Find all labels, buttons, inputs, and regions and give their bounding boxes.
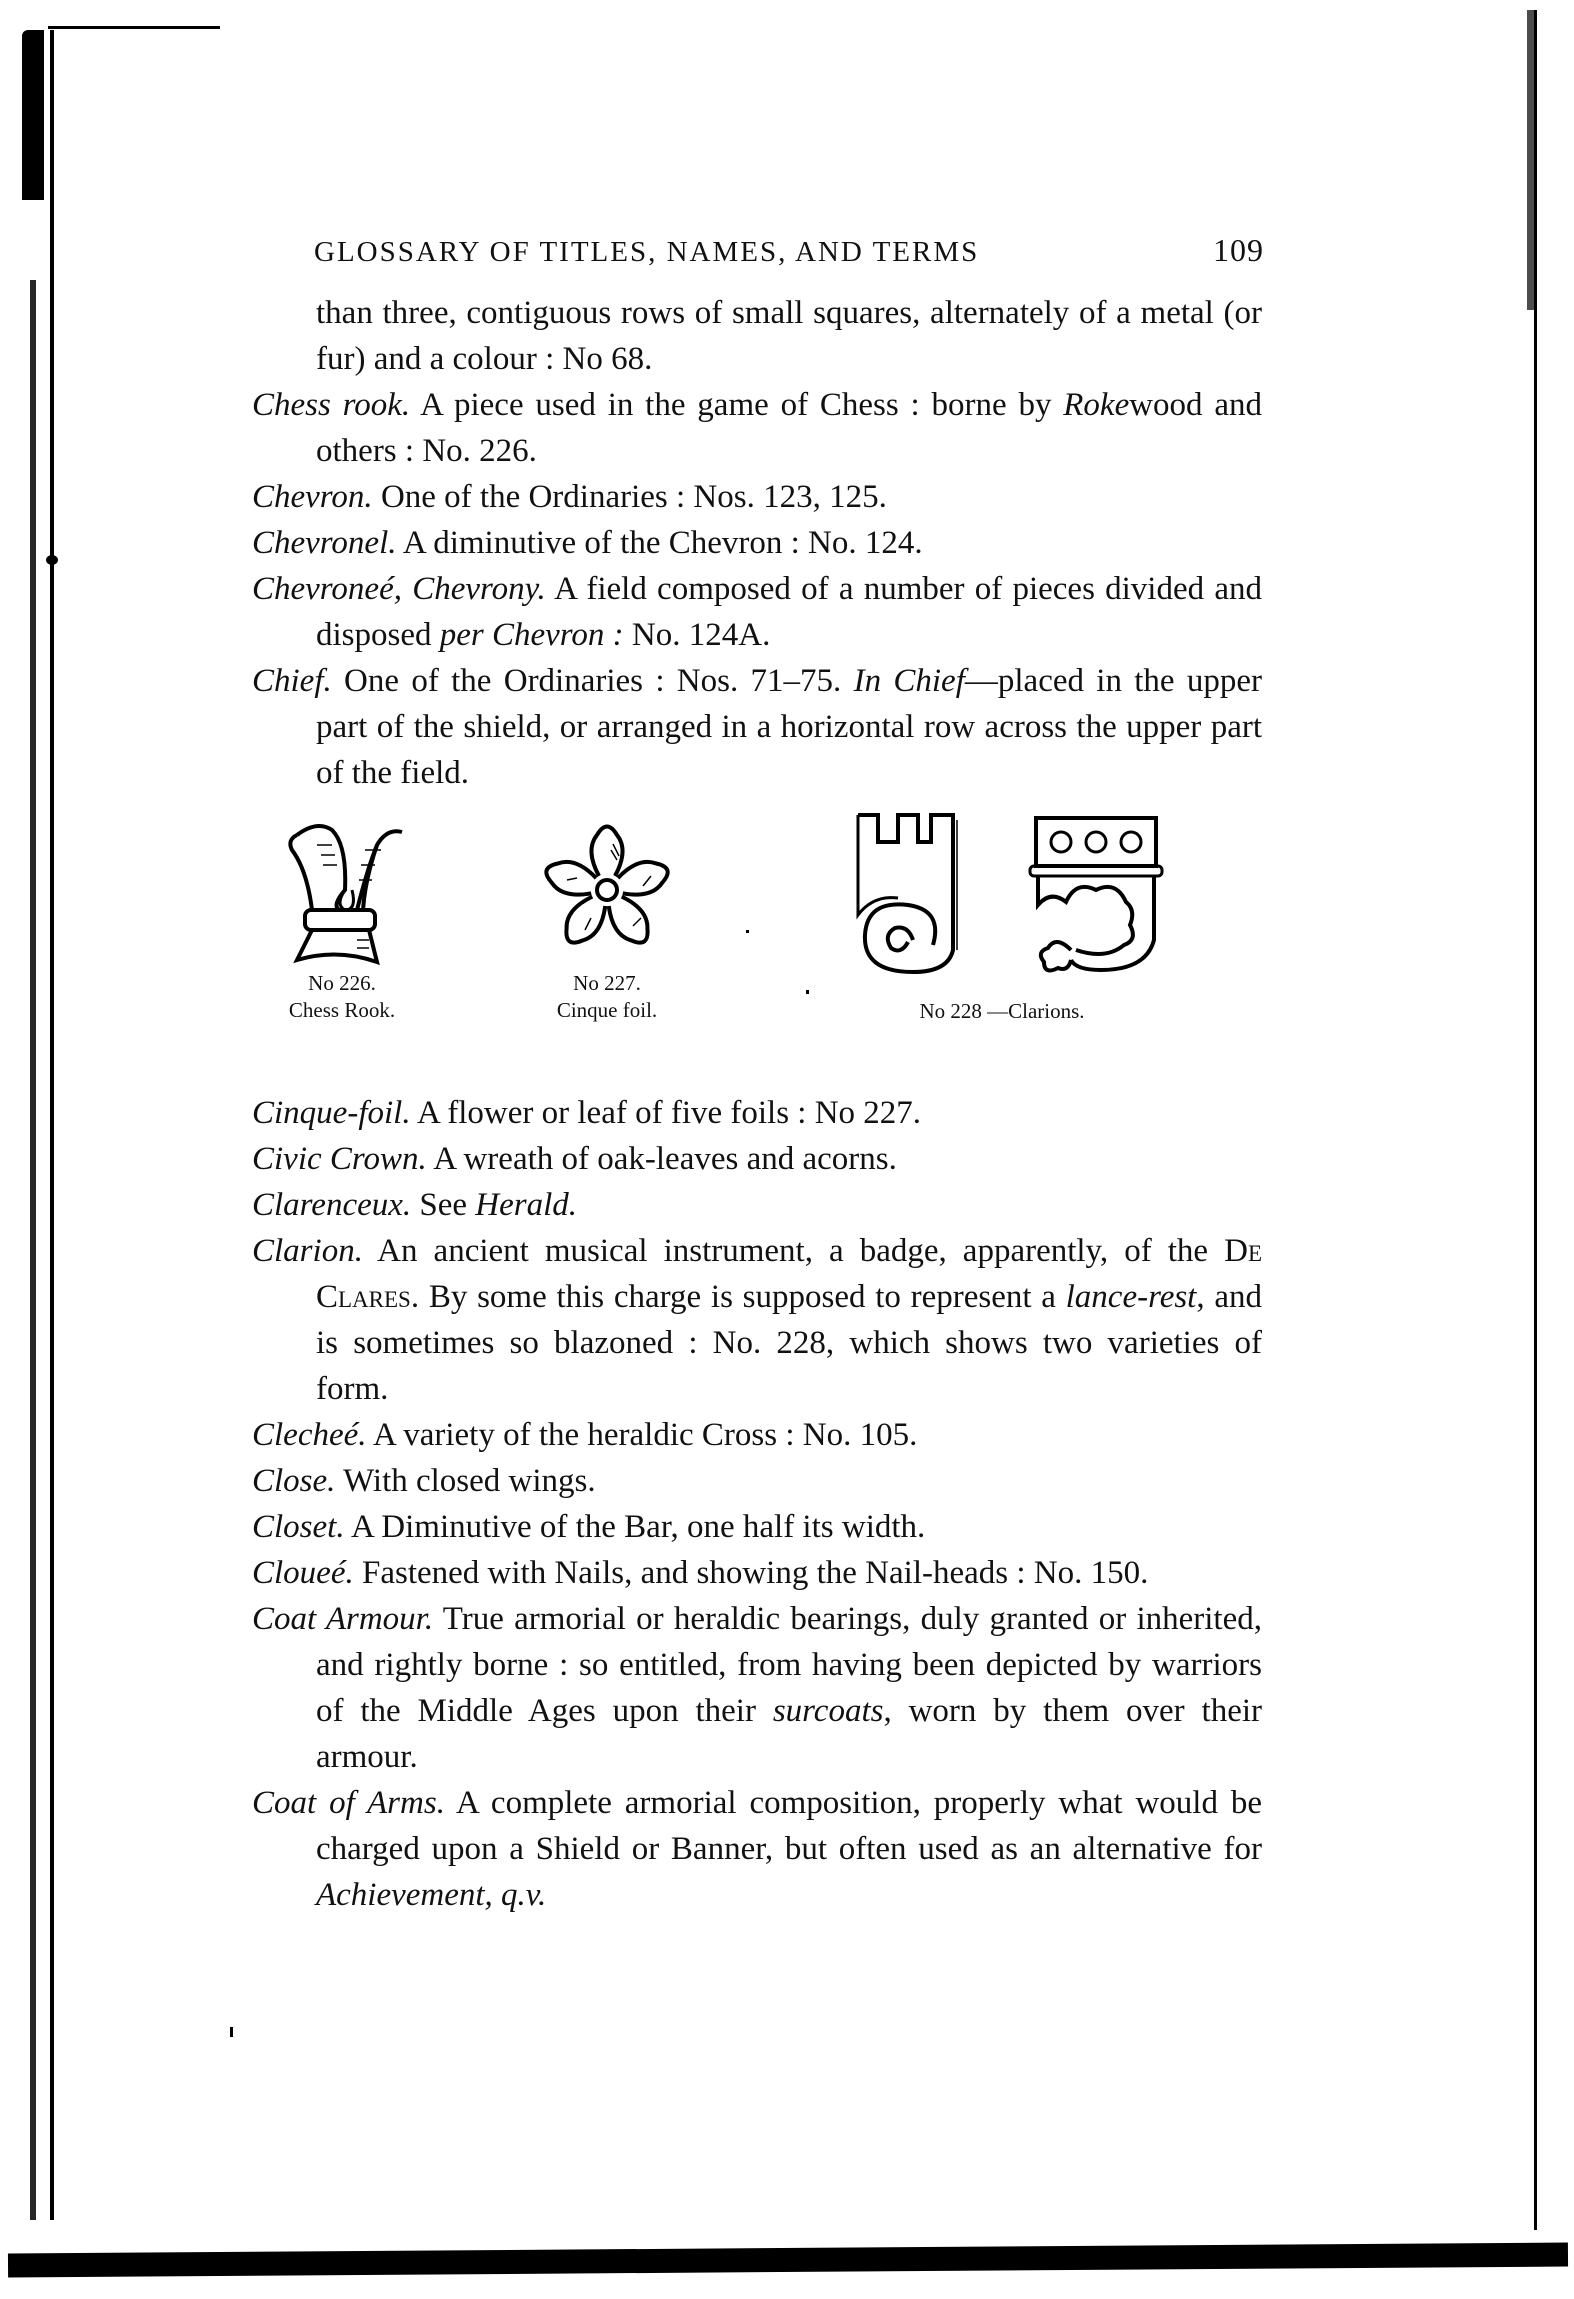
clarion-icon <box>1026 810 1166 980</box>
entry-term: Chevron. <box>252 479 373 515</box>
clarion-pair <box>752 810 1252 980</box>
entry-term: Clarion. <box>252 1233 363 1269</box>
figure-226: No 226. Chess Rook. <box>252 810 432 1024</box>
glossary-entry-chevronee: Chevroneé, Chevrony. A field composed of… <box>252 566 1262 658</box>
scan-speck <box>230 2027 233 2037</box>
glossary-entry-chess-rook: Chess rook. A piece used in the game of … <box>252 382 1262 474</box>
glossary-entry-clouee: Cloueé. Fastened with Nails, and showing… <box>252 1550 1262 1596</box>
entry-term: Cloueé. <box>252 1555 354 1591</box>
glossary-entry-closet: Closet. A Diminutive of the Bar, one hal… <box>252 1504 1262 1550</box>
scan-edge-bottom <box>8 2243 1568 2278</box>
figure-caption: Cinque foil. <box>512 997 702 1024</box>
scan-edge-left <box>50 30 54 2220</box>
glossary-entry-coat-of-arms: Coat of Arms. A complete armorial compos… <box>252 1780 1262 1918</box>
figure-caption: Chess Rook. <box>252 997 432 1024</box>
figure-number: No 227. <box>512 970 702 997</box>
figure-number: No 226. <box>252 970 432 997</box>
entry-term: Coat Armour. <box>252 1601 433 1637</box>
figure-row: No 226. Chess Rook. No 227. Cinque foil. <box>252 810 1262 1070</box>
entry-term: Chevronel. <box>252 525 397 561</box>
scan-edge-left-outer <box>30 280 36 2220</box>
scan-edge-left-spine <box>22 30 44 200</box>
scan-edge-right <box>1534 10 1537 2230</box>
entry-term: Civic Crown. <box>252 1141 427 1177</box>
glossary-entry-chevronel: Chevronel. A diminutive of the Chevron :… <box>252 520 1262 566</box>
entry-term: Chief. <box>252 663 332 699</box>
scan-edge-top <box>48 26 220 29</box>
glossary-entry-chief: Chief. One of the Ordinaries : Nos. 71–7… <box>252 658 1262 796</box>
running-head: GLOSSARY OF TITLES, NAMES, AND TERMS 109 <box>314 232 1264 269</box>
entry-term: Cinque-foil. <box>252 1095 411 1131</box>
running-head-title: GLOSSARY OF TITLES, NAMES, AND TERMS <box>314 236 979 269</box>
figure-228: No 228 —Clarions. <box>752 810 1252 1025</box>
entry-term: Coat of Arms. <box>252 1785 445 1821</box>
glossary-entry-chevron: Chevron. One of the Ordinaries : Nos. 12… <box>252 474 1262 520</box>
clarion-icon <box>853 810 963 980</box>
glossary-text-upper: than three, contiguous rows of small squ… <box>252 290 1262 796</box>
glossary-entry-coat-armour: Coat Armour. True armorial or heraldic b… <box>252 1596 1262 1780</box>
entry-term: Clarenceux. <box>252 1187 411 1223</box>
entry-term: Clecheé. <box>252 1417 367 1453</box>
glossary-entry-clarenceux: Clarenceux. See Herald. <box>252 1182 1262 1228</box>
entry-term: Chevroneé, Chevrony. <box>252 571 546 607</box>
glossary-entry-cinque-foil: Cinque-foil. A flower or leaf of five fo… <box>252 1090 1262 1136</box>
entry-term: Close. <box>252 1463 335 1499</box>
page-number: 109 <box>1213 232 1264 269</box>
glossary-entry-clarion: Clarion. An ancient musical instrument, … <box>252 1228 1262 1412</box>
figure-227: No 227. Cinque foil. <box>512 810 702 1024</box>
glossary-entry-civic-crown: Civic Crown. A wreath of oak-leaves and … <box>252 1136 1262 1182</box>
scan-speck <box>46 555 58 565</box>
glossary-entry-continuation: than three, contiguous rows of small squ… <box>252 290 1262 382</box>
entry-term: Closet. <box>252 1509 345 1545</box>
scan-edge-right-ragged <box>1527 10 1534 310</box>
figure-caption: No 228 —Clarions. <box>752 998 1252 1025</box>
entry-term: Chess rook. <box>252 387 410 423</box>
glossary-entry-close: Close. With closed wings. <box>252 1458 1262 1504</box>
glossary-entry-clechee: Clecheé. A variety of the heraldic Cross… <box>252 1412 1262 1458</box>
glossary-text-lower: Cinque-foil. A flower or leaf of five fo… <box>252 1090 1262 1918</box>
chess-rook-icon <box>277 810 407 970</box>
cinquefoil-icon <box>532 810 682 970</box>
